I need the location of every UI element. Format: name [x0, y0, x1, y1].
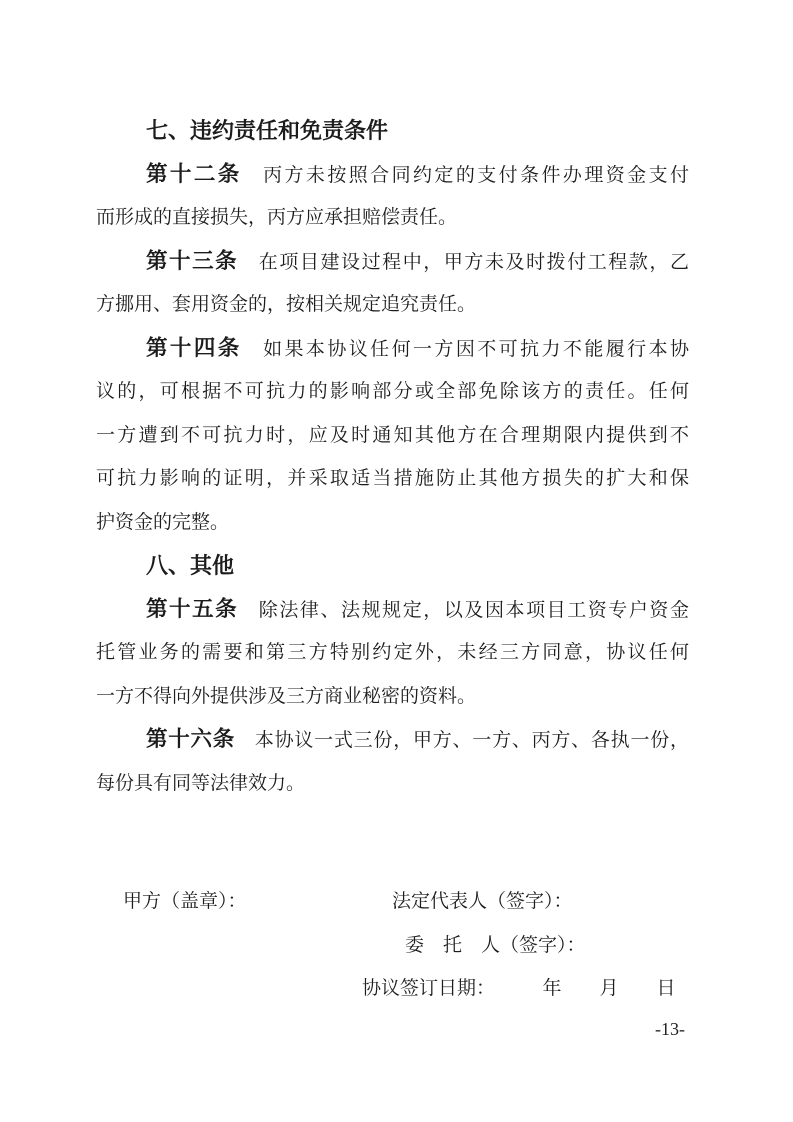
article-13-number: 第十三条	[146, 249, 238, 273]
article-15-text-cont-2: 一方不得向外提供涉及三方商业秘密的资料。	[96, 686, 476, 707]
article-14-line-2: 议的，可根据不可抗力的影响部分或全部免除该方的责任。任何	[96, 370, 689, 414]
article-15-text: 除法律、法规规定，以及因本项目工资专户资金	[238, 600, 689, 621]
article-16-text: 本协议一式三份，甲方、一方、丙方、各执一份，	[235, 730, 689, 751]
agreement-date-line: 协议签订日期： 年 月 日	[362, 976, 676, 1002]
article-14-line-5: 护资金的完整。	[96, 501, 689, 545]
article-14-text: 如果本协议任何一方因不可抗力不能履行本协	[242, 339, 689, 360]
article-14-text-cont-4: 护资金的完整。	[96, 512, 229, 533]
section-heading-seven: 七、违约责任和免责条件	[96, 109, 689, 153]
article-15-text-cont-1: 托管业务的需要和第三方特别约定外，未经三方同意，协议任何	[96, 642, 689, 663]
page-number: -13-	[655, 1017, 685, 1041]
article-16-line-1: 第十六条 本协议一式三份，甲方、一方、丙方、各执一份，	[96, 718, 689, 762]
article-15-line-2: 托管业务的需要和第三方特别约定外，未经三方同意，协议任何	[96, 631, 689, 675]
article-14-line-3: 一方遭到不可抗力时，应及时通知其他方在合理期限内提供到不	[96, 414, 689, 458]
article-12-number: 第十二条	[146, 162, 242, 186]
article-16-text-cont: 每份具有同等法律效力。	[96, 773, 305, 794]
article-13-line-2: 方挪用、套用资金的，按相关规定追究责任。	[96, 283, 689, 327]
document-page: 七、违约责任和免责条件 第十二条 丙方未按照合同约定的支付条件办理资金支付 而形…	[0, 0, 793, 1122]
article-12-line-1: 第十二条 丙方未按照合同约定的支付条件办理资金支付	[96, 153, 689, 197]
article-13-text-cont: 方挪用、套用资金的，按相关规定追究责任。	[96, 294, 476, 315]
article-14-text-cont-1: 议的，可根据不可抗力的影响部分或全部免除该方的责任。任何	[96, 381, 689, 402]
trustee-signature-label: 委 托 人（签字）：	[405, 933, 586, 959]
article-15-line-3: 一方不得向外提供涉及三方商业秘密的资料。	[96, 675, 689, 719]
contract-body: 七、违约责任和免责条件 第十二条 丙方未按照合同约定的支付条件办理资金支付 而形…	[96, 109, 689, 805]
article-13-line-1: 第十三条 在项目建设过程中，甲方未及时拨付工程款，乙	[96, 240, 689, 284]
article-15-number: 第十五条	[146, 597, 238, 621]
article-16-line-2: 每份具有同等法律效力。	[96, 762, 689, 806]
article-15-line-1: 第十五条 除法律、法规规定，以及因本项目工资专户资金	[96, 588, 689, 632]
article-16-number: 第十六条	[146, 727, 235, 751]
article-14-line-4: 可抗力影响的证明，并采取适当措施防止其他方损失的扩大和保	[96, 457, 689, 501]
article-13-text: 在项目建设过程中，甲方未及时拨付工程款，乙	[238, 252, 689, 273]
party-a-seal-label: 甲方（盖章）：	[123, 889, 247, 915]
article-14-line-1: 第十四条 如果本协议任何一方因不可抗力不能履行本协	[96, 327, 689, 371]
article-12-line-2: 而形成的直接损失，丙方应承担赔偿责任。	[96, 196, 689, 240]
section-heading-eight: 八、其他	[96, 544, 689, 588]
section-heading-eight-text: 八、其他	[146, 553, 234, 578]
legal-representative-signature-label: 法定代表人（签字）：	[392, 889, 573, 915]
article-14-text-cont-2: 一方遭到不可抗力时，应及时通知其他方在合理期限内提供到不	[96, 425, 689, 446]
article-14-text-cont-3: 可抗力影响的证明，并采取适当措施防止其他方损失的扩大和保	[96, 468, 689, 489]
article-12-text: 丙方未按照合同约定的支付条件办理资金支付	[242, 165, 689, 186]
article-14-number: 第十四条	[146, 336, 242, 360]
article-12-text-cont: 而形成的直接损失，丙方应承担赔偿责任。	[96, 207, 457, 228]
section-heading-seven-text: 七、违约责任和免责条件	[146, 118, 388, 143]
